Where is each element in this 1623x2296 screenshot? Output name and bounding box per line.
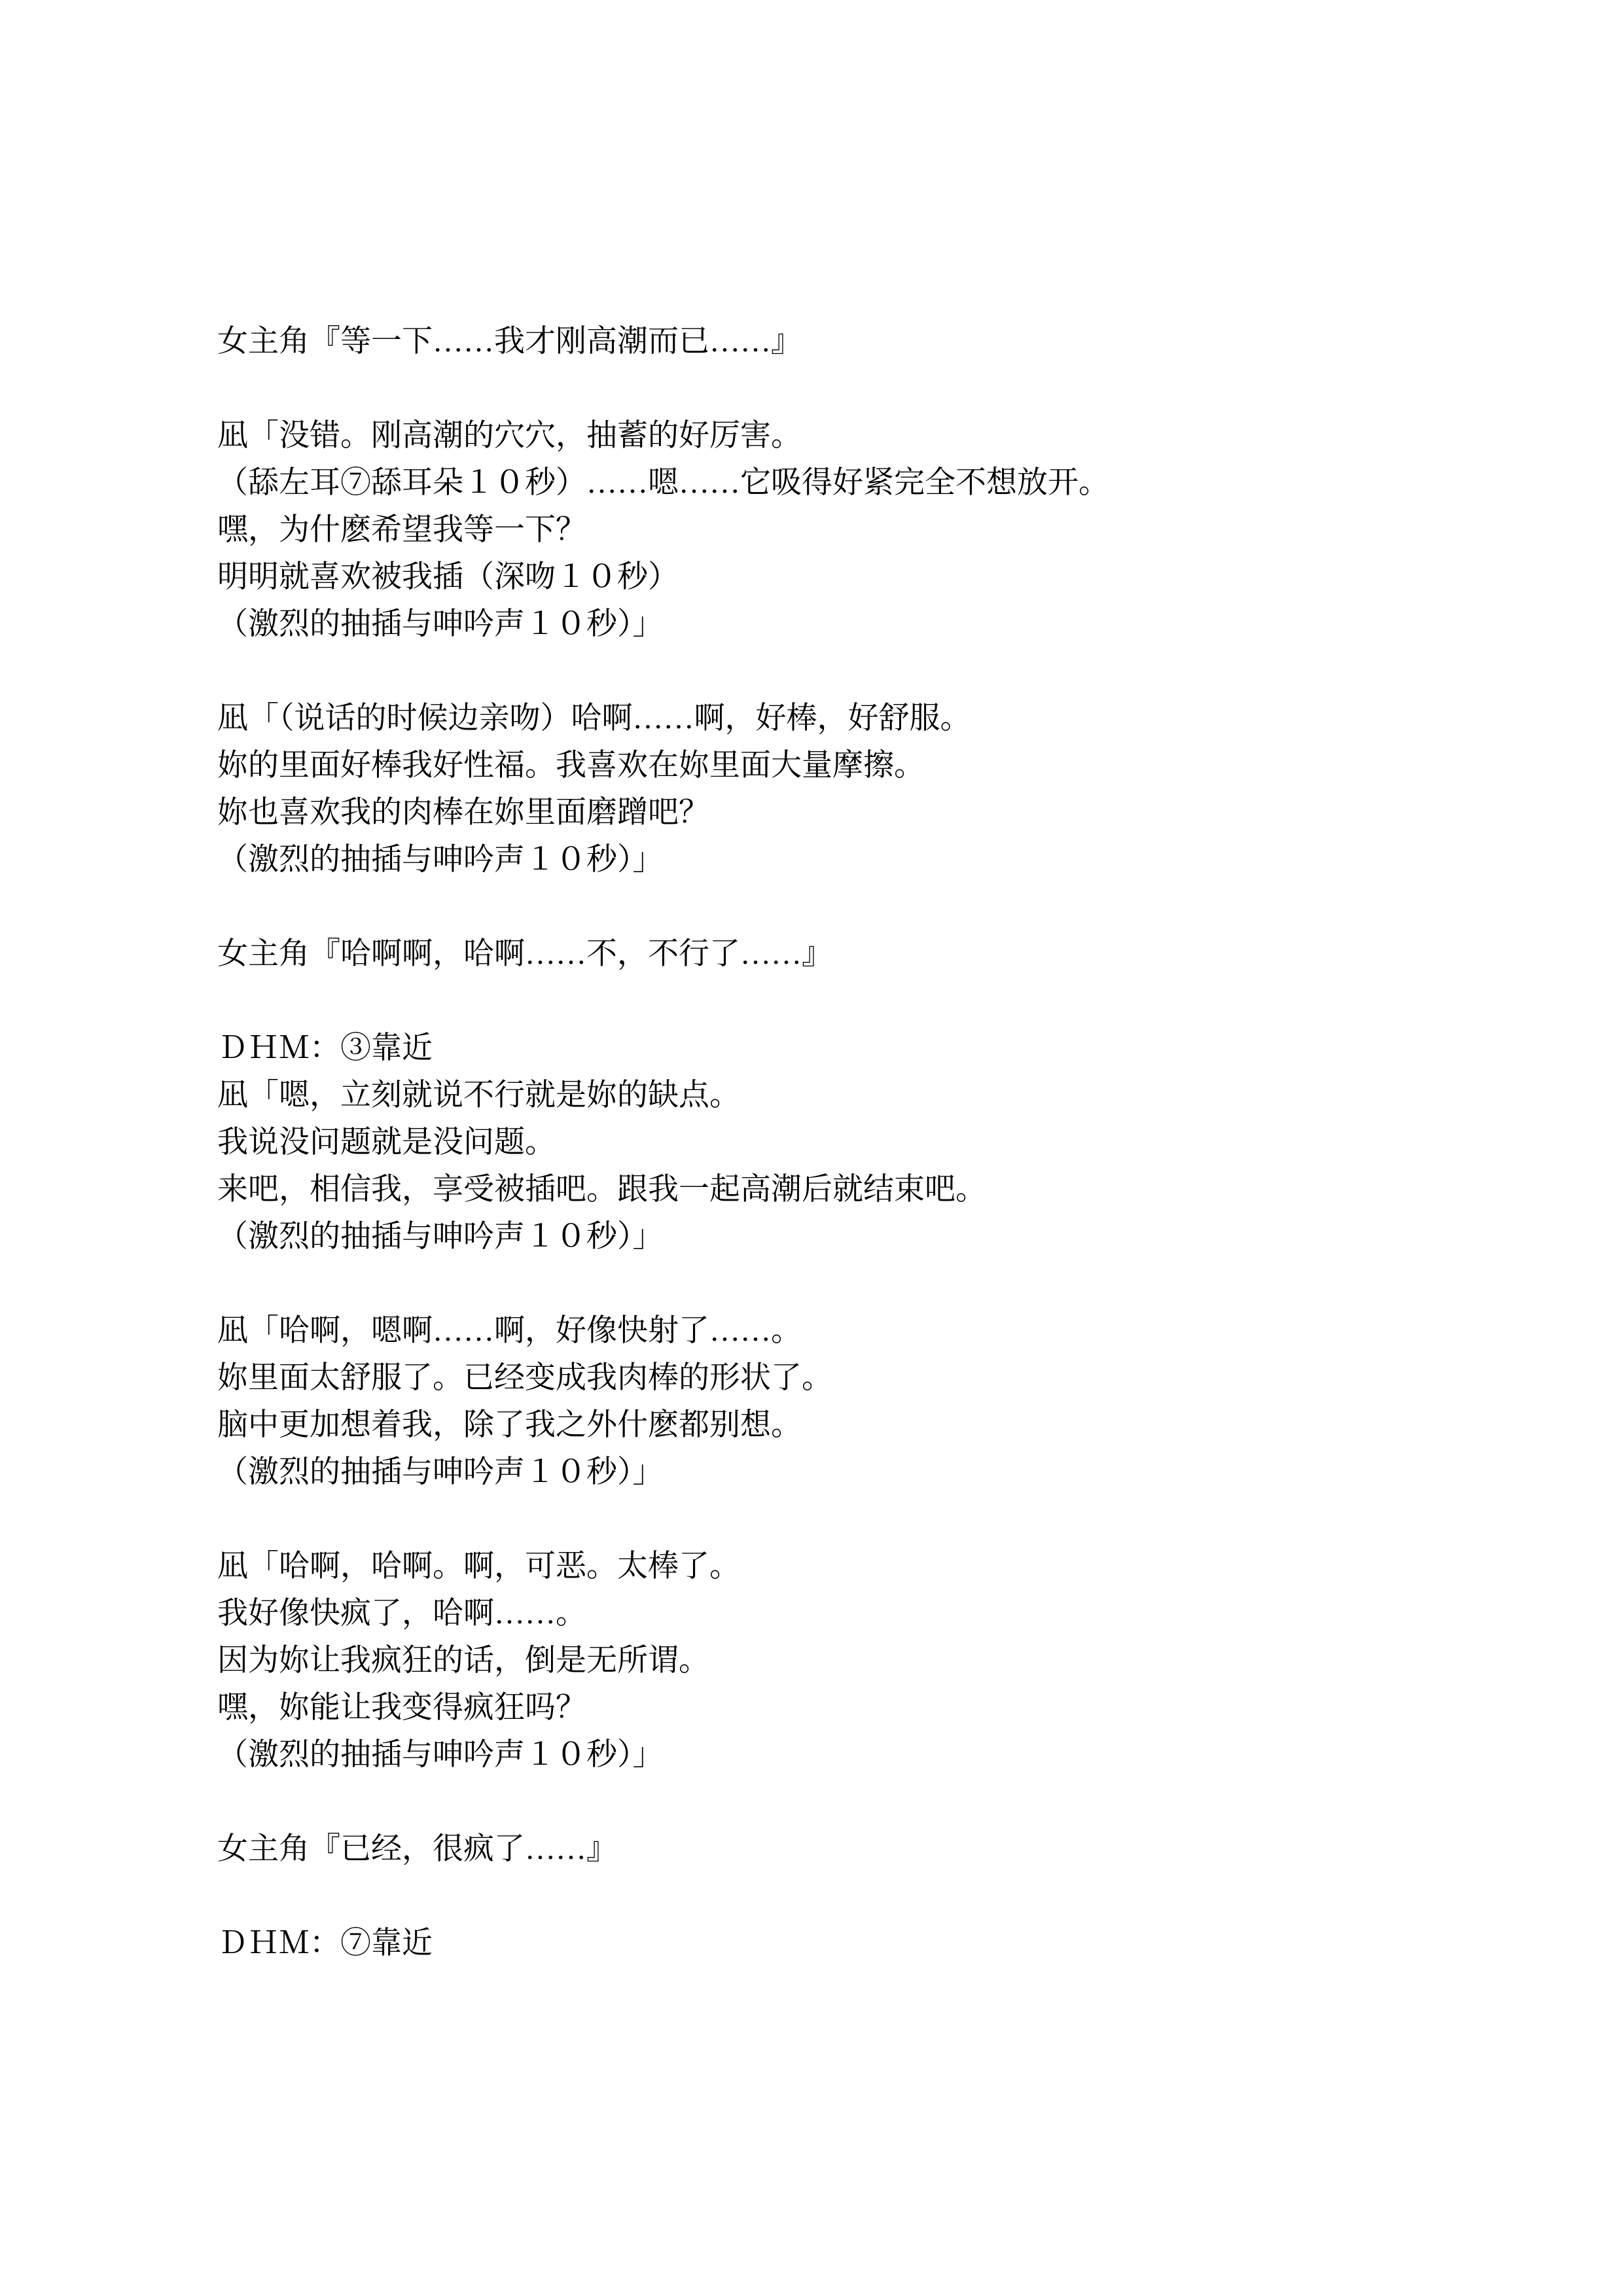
dialogue-line: 凪「没错。刚高潮的穴穴，抽蓄的好厉害。 (217, 412, 1493, 459)
dialogue-line: 妳也喜欢我的肉棒在妳里面磨蹭吧？ (217, 789, 1493, 836)
stage-direction-line: （激烈的抽插与呻吟声１０秒）」 (217, 1213, 1493, 1260)
dialogue-line: 凪「哈啊，嗯啊……啊，好像快射了……。 (217, 1307, 1493, 1354)
dialogue-line: 脑中更加想着我，除了我之外什麽都别想。 (217, 1402, 1493, 1449)
dialogue-line: 我说没问题就是没问题。 (217, 1119, 1493, 1166)
dialogue-line: 凪「嗯，立刻就说不行就是妳的缺点。 (217, 1072, 1493, 1119)
dialogue-line: 妳的里面好棒我好性福。我喜欢在妳里面大量摩擦。 (217, 742, 1493, 789)
heroine-dialogue-block-1: 女主角『等一下……我才刚高潮而已……』 (217, 318, 1493, 365)
heroine-dialogue-block-2: 女主角『哈啊啊，哈啊……不，不行了……』 (217, 930, 1493, 978)
dialogue-line: 嘿，为什麽希望我等一下？ (217, 506, 1493, 554)
dialogue-line: 我好像快疯了，哈啊……。 (217, 1590, 1493, 1637)
stage-direction-line: （激烈的抽插与呻吟声１０秒）」 (217, 1449, 1493, 1496)
dhm-cue-line: ＤＨＭ：③靠近 (217, 1025, 1493, 1072)
stage-direction-line: （激烈的抽插与呻吟声１０秒）」 (217, 601, 1493, 648)
dhm-cue-block: ＤＨＭ：⑦靠近 (217, 1920, 1493, 1967)
dhm-cue-line: ＤＨＭ：⑦靠近 (217, 1920, 1493, 1967)
dialogue-line: 女主角『等一下……我才刚高潮而已……』 (217, 318, 1493, 365)
nagi-dialogue-block-4: 凪「哈啊，哈啊。啊，可恶。太棒了。 我好像快疯了，哈啊……。 因为妳让我疯狂的话… (217, 1543, 1493, 1778)
dialogue-line: 妳里面太舒服了。已经变成我肉棒的形状了。 (217, 1354, 1493, 1402)
script-text-body: 女主角『等一下……我才刚高潮而已……』 凪「没错。刚高潮的穴穴，抽蓄的好厉害。 … (217, 318, 1493, 2014)
dialogue-line: 因为妳让我疯狂的话，倒是无所谓。 (217, 1637, 1493, 1684)
dialogue-line: 女主角『已经，很疯了……』 (217, 1826, 1493, 1873)
dialogue-line: 凪「（说话的时候边亲吻）哈啊……啊，好棒，好舒服。 (217, 695, 1493, 742)
dialogue-line: 来吧，相信我，享受被插吧。跟我一起高潮后就结束吧。 (217, 1166, 1493, 1213)
dialogue-line: 女主角『哈啊啊，哈啊……不，不行了……』 (217, 930, 1493, 978)
stage-direction-line: （激烈的抽插与呻吟声１０秒）」 (217, 836, 1493, 883)
nagi-dialogue-block-1: 凪「没错。刚高潮的穴穴，抽蓄的好厉害。 （舔左耳⑦舔耳朵１０秒）……嗯……它吸得… (217, 412, 1493, 648)
dialogue-line: 明明就喜欢被我插（深吻１０秒） (217, 554, 1493, 601)
heroine-dialogue-block-3: 女主角『已经，很疯了……』 (217, 1826, 1493, 1873)
stage-direction-line: （舔左耳⑦舔耳朵１０秒）……嗯……它吸得好紧完全不想放开。 (217, 459, 1493, 506)
dhm-and-nagi-dialogue-block: ＤＨＭ：③靠近 凪「嗯，立刻就说不行就是妳的缺点。 我说没问题就是没问题。 来吧… (217, 1025, 1493, 1260)
nagi-dialogue-block-3: 凪「哈啊，嗯啊……啊，好像快射了……。 妳里面太舒服了。已经变成我肉棒的形状了。… (217, 1307, 1493, 1496)
dialogue-line: 凪「哈啊，哈啊。啊，可恶。太棒了。 (217, 1543, 1493, 1590)
nagi-dialogue-block-2: 凪「（说话的时候边亲吻）哈啊……啊，好棒，好舒服。 妳的里面好棒我好性福。我喜欢… (217, 695, 1493, 883)
dialogue-line: 嘿，妳能让我变得疯狂吗？ (217, 1684, 1493, 1731)
stage-direction-line: （激烈的抽插与呻吟声１０秒）」 (217, 1731, 1493, 1778)
document-page: 女主角『等一下……我才刚高潮而已……』 凪「没错。刚高潮的穴穴，抽蓄的好厉害。 … (0, 0, 1623, 2296)
